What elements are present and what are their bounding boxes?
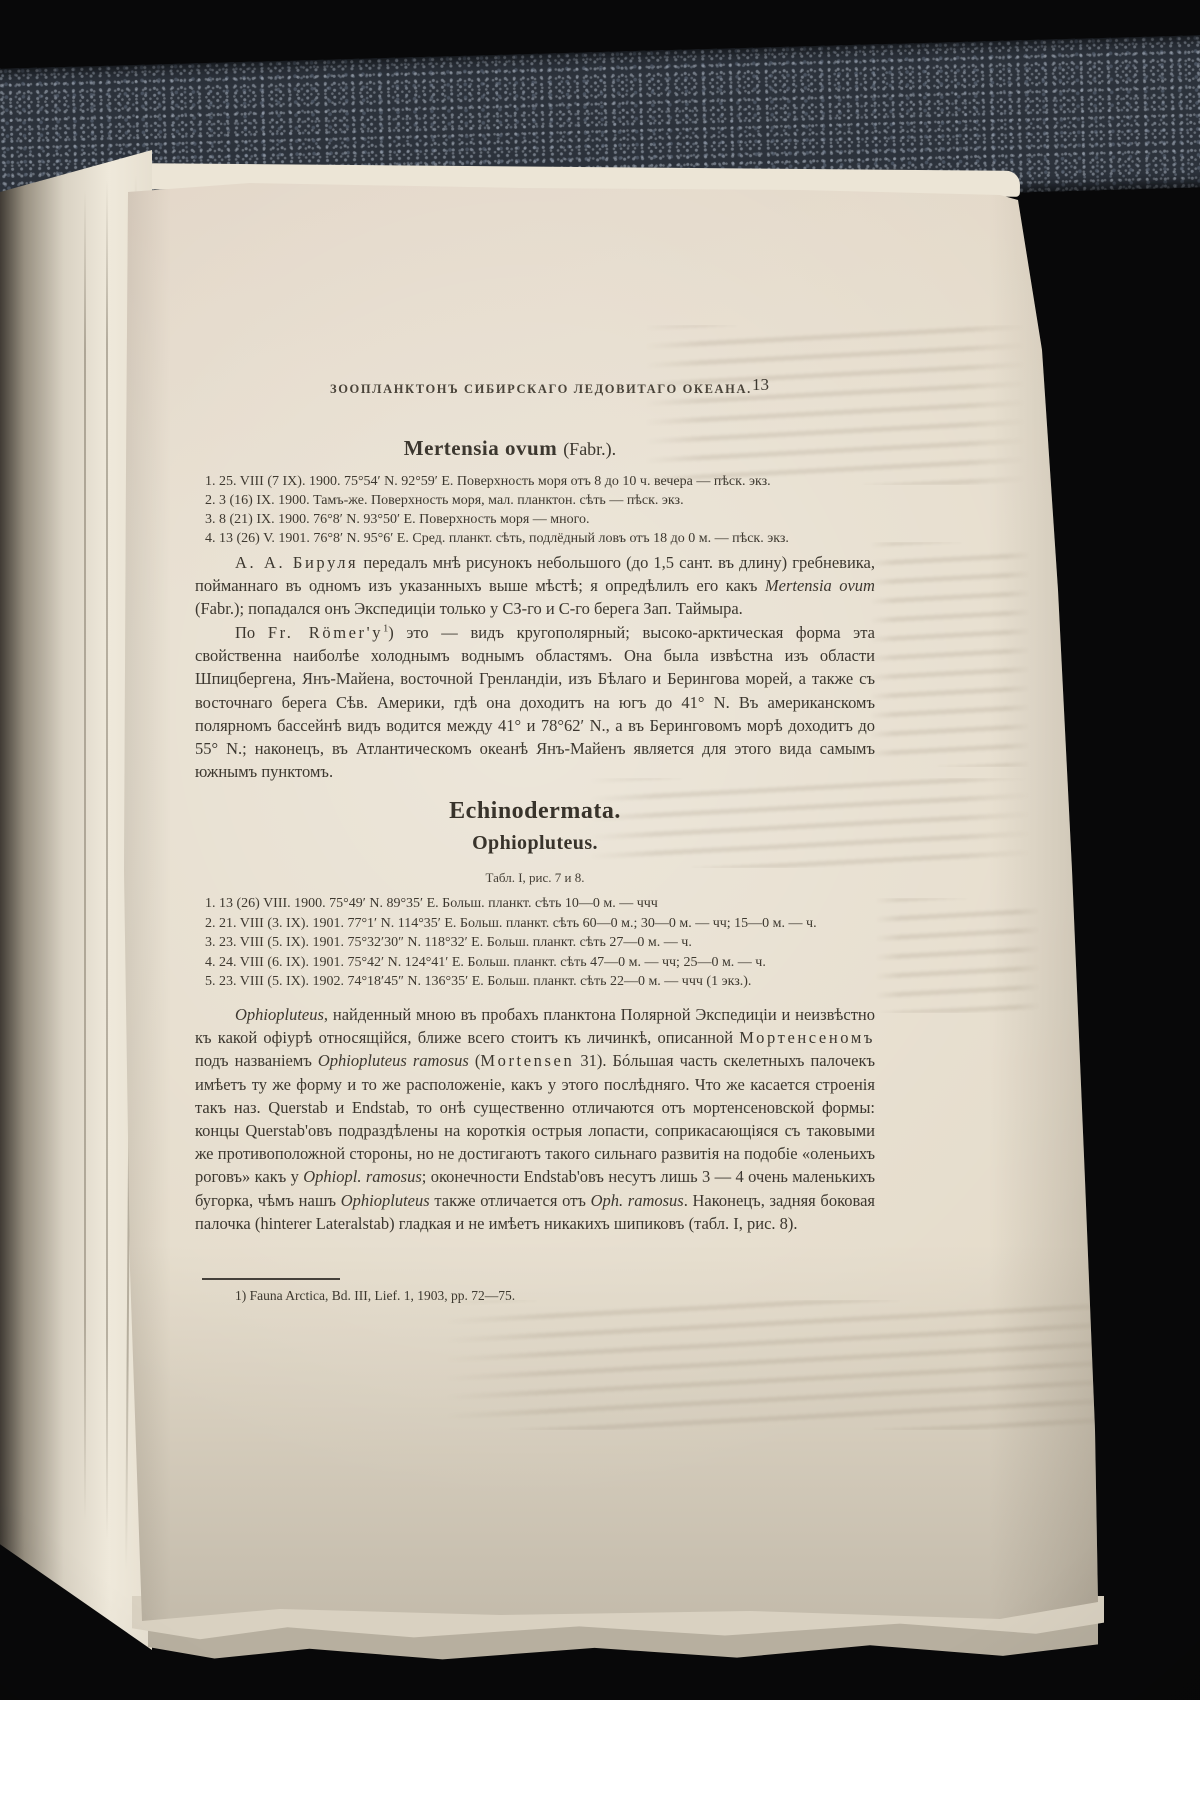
record-line: 4. 24. VIII (6. IX). 1901. 75°42′ N. 124… [195,953,875,973]
bleedthrough-text [645,325,1025,485]
bleedthrough-text [445,1300,1145,1430]
paragraph-roemer: По Fr. Römer'у1) это — видъ кругополярны… [195,621,875,783]
record-line: 4. 13 (26) V. 1901. 76°8′ N. 95°6′ E. Ср… [195,529,875,548]
record-line: 3. 8 (21) IX. 1900. 76°8′ N. 93°50′ E. П… [195,510,875,529]
bleedthrough-text [870,542,1030,767]
paragraph-ophiopluteus: Ophiopluteus, найденный мною въ пробахъ … [195,1003,875,1235]
ophiopluteus-record-list: 1. 13 (26) VIII. 1900. 75°49′ N. 89°35′ … [195,894,875,992]
page-number: 13 [752,375,769,395]
paragraph-birulya: А. А. Бируля передалъ мнѣ рисунокъ небол… [195,551,875,621]
bleedthrough-text [875,898,1040,1013]
record-line: 2. 21. VIII (3. IX). 1901. 77°1′ N. 114°… [195,914,875,934]
mertensia-record-list: 1. 25. VIII (7 IX). 1900. 75°54′ N. 92°5… [195,472,875,548]
record-line: 2. 3 (16) IX. 1900. Тамъ-же. Поверхность… [195,491,875,510]
plate-reference: Табл. I, рис. 7 и 8. [195,870,875,886]
running-title: ЗООПЛАНКТОНЪ СИБИРСКАГО ЛЕДОВИТАГО ОКЕАН… [330,382,670,397]
species-title: Mertensia ovum(Fabr.). [195,436,825,461]
footnote-rule [202,1278,340,1280]
footnote: 1) Fauna Arctica, Bd. III, Lief. 1, 1903… [235,1288,515,1304]
book-page: ЗООПЛАНКТОНЪ СИБИРСКАГО ЛЕДОВИТАГО ОКЕАН… [100,170,1110,1660]
record-line: 1. 25. VIII (7 IX). 1900. 75°54′ N. 92°5… [195,472,875,491]
section-heading-echinodermata: Echinodermata. [195,798,875,825]
photo-of-book-page: ЗООПЛАНКТОНЪ СИБИРСКАГО ЛЕДОВИТАГО ОКЕАН… [0,0,1200,1800]
section-heading-ophiopluteus: Ophiopluteus. [195,832,875,855]
record-line: 3. 23. VIII (5. IX). 1901. 75°32′30″ N. … [195,933,875,953]
photo-area: ЗООПЛАНКТОНЪ СИБИРСКАГО ЛЕДОВИТАГО ОКЕАН… [0,0,1200,1700]
species-author: (Fabr.). [563,439,616,459]
page-fold-crease [84,190,86,1520]
record-line: 1. 13 (26) VIII. 1900. 75°49′ N. 89°35′ … [195,894,875,914]
record-line: 5. 23. VIII (5. IX). 1902. 74°18′45″ N. … [195,972,875,992]
species-name: Mertensia ovum [404,436,557,460]
page-fold-crease [106,180,108,1540]
